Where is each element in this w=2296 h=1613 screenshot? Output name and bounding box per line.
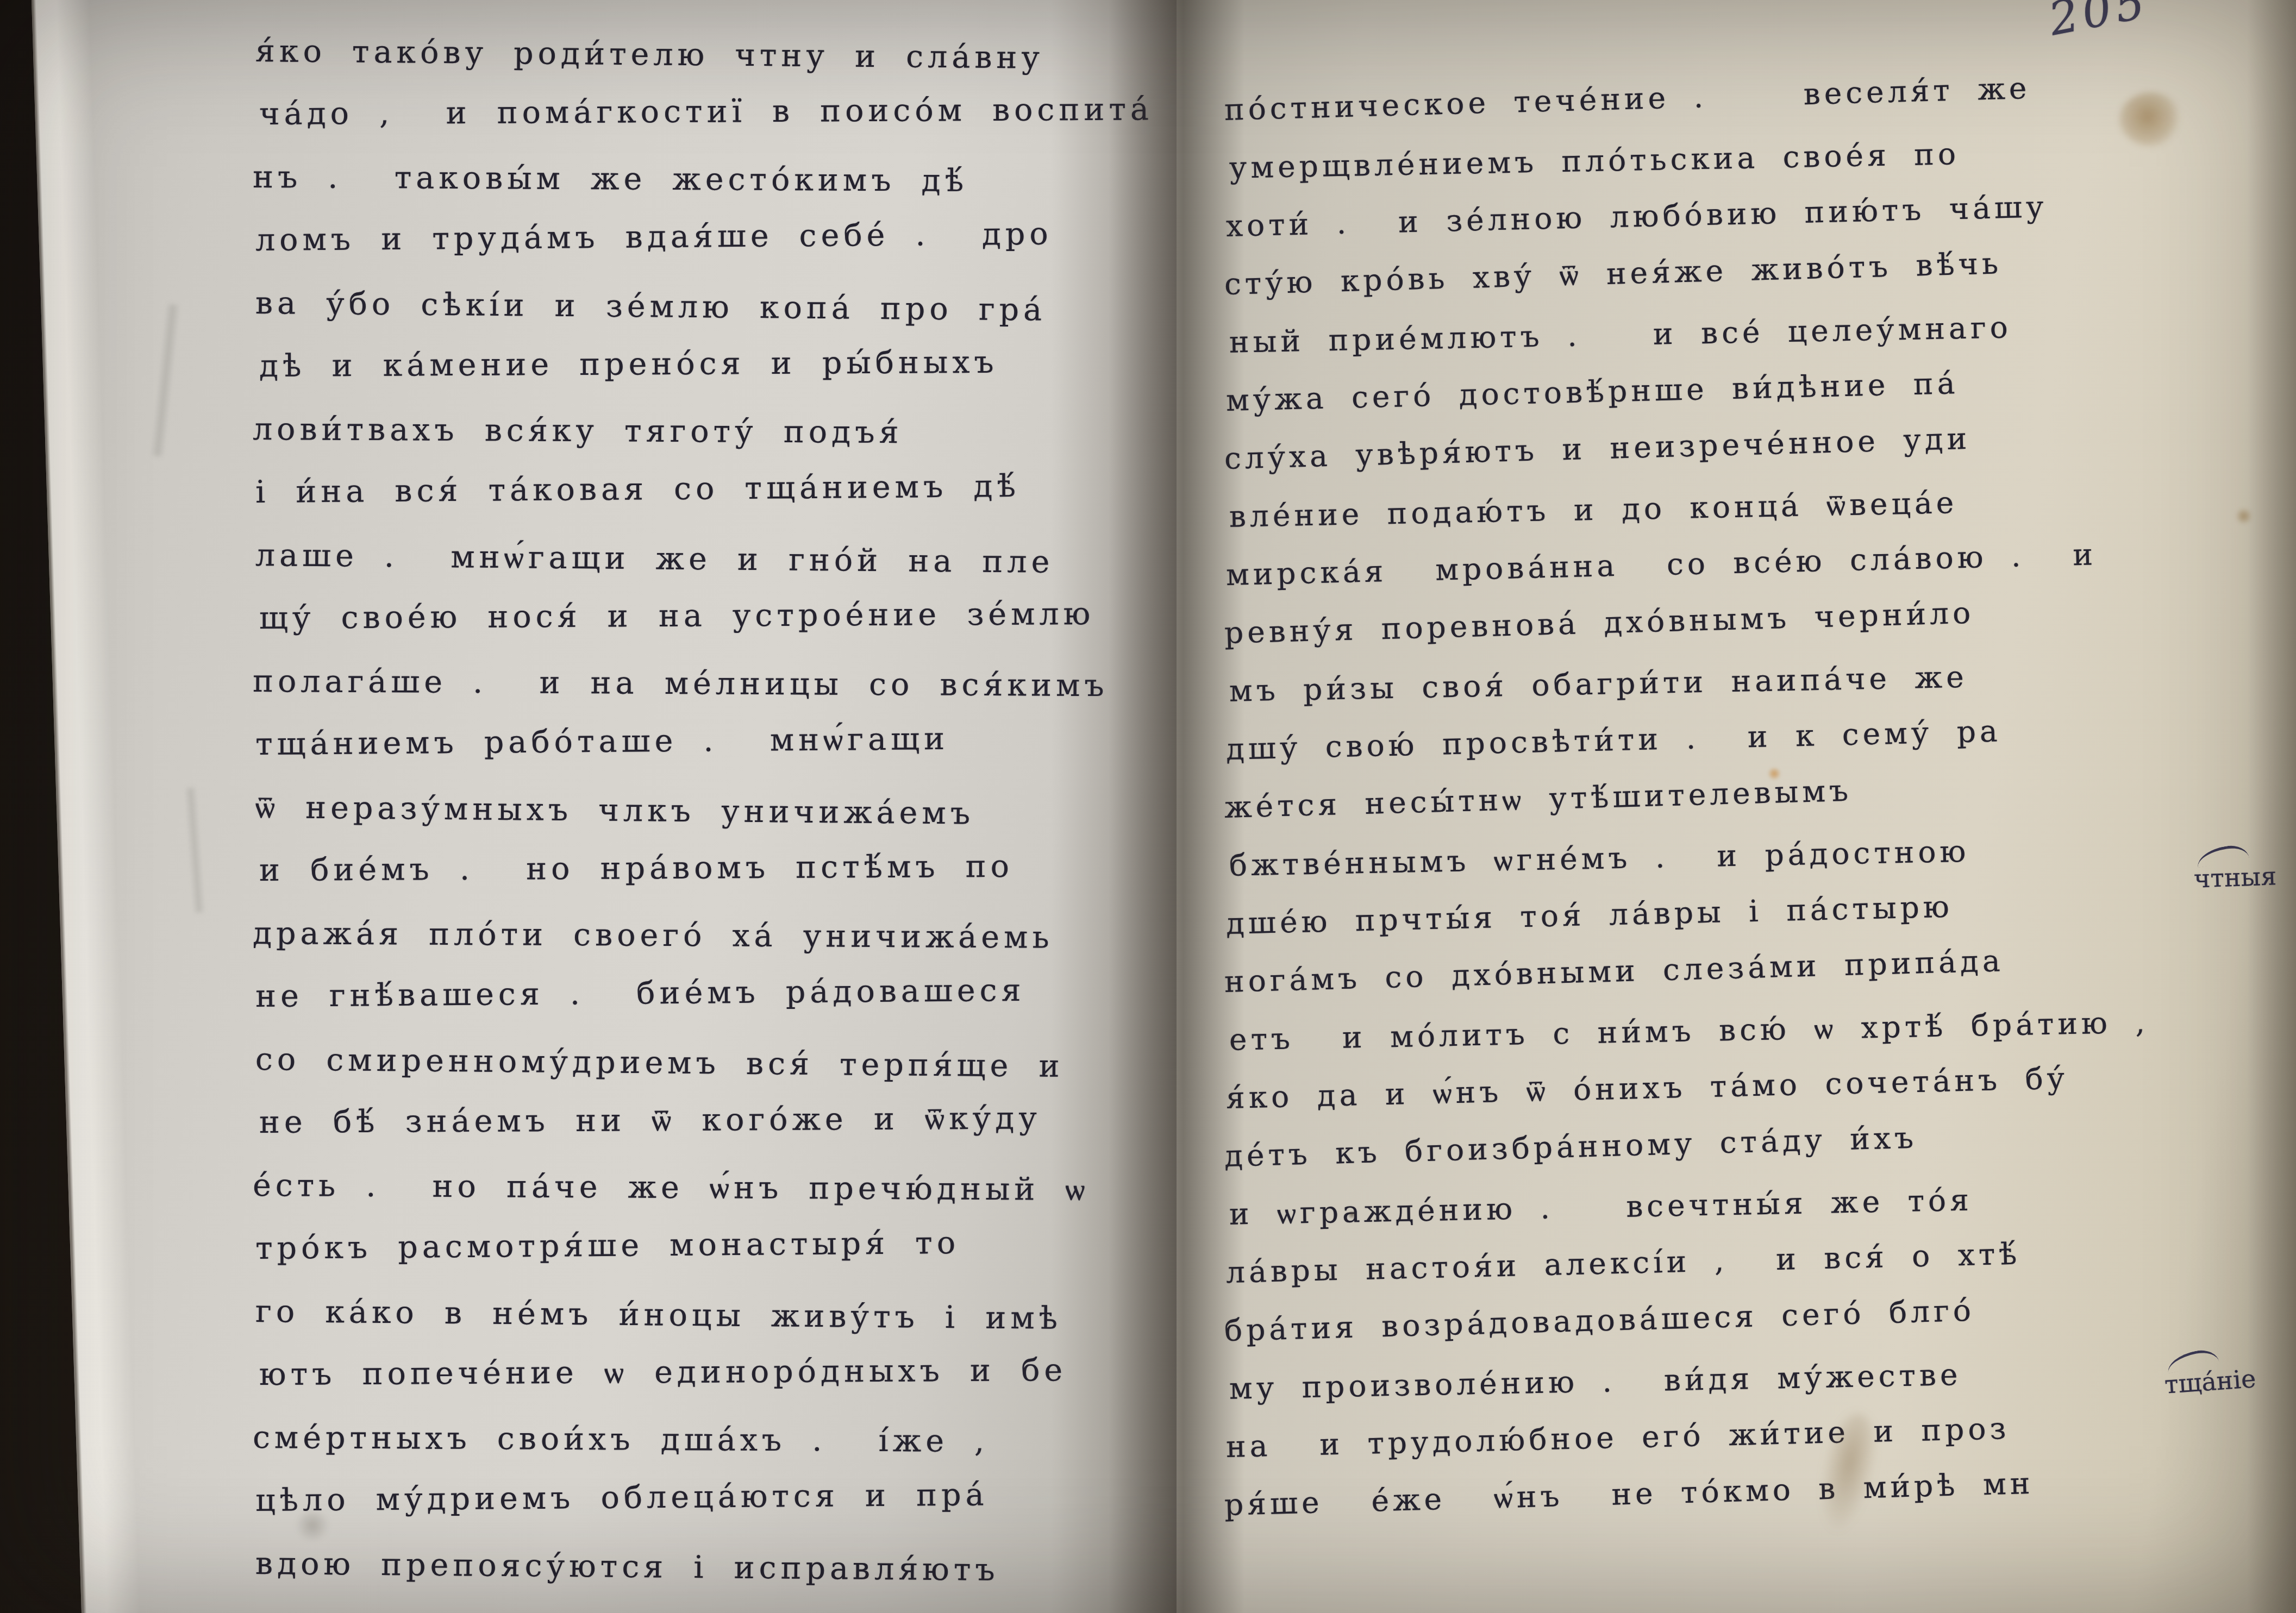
- manuscript-line: и бие́мъ . но нра́вомъ пстѣ́мъ по: [259, 834, 1140, 901]
- left-page: я́ко тако́ву роди́телю чтну и сла́внуча́…: [0, 0, 1177, 1613]
- manuscript-line: не гнѣ́вашеся . бие́мъ ра́довашеся: [255, 958, 1136, 1028]
- manuscript-line: ча́до , и пома́гкостиї в поисо́м воспита…: [259, 78, 1140, 145]
- manuscript-line: щу́ свое́ю нося́ и на устрое́ние зе́млю: [259, 582, 1140, 649]
- manuscript-line: ломъ и труда́мъ вдая́ше себе́ . дро: [255, 202, 1136, 272]
- left-page-text: я́ко тако́ву роди́телю чтну и сла́внуча́…: [255, 20, 1136, 1595]
- right-page: 205 по́стническое тече́ние . веселя́т же…: [1177, 0, 2296, 1613]
- manuscript-line: дѣ и ка́мение прено́ся и ры́бныхъ: [259, 330, 1140, 397]
- right-page-text: по́стническое тече́ние . веселя́т жеумер…: [1224, 80, 2137, 1534]
- manuscript-photo: я́ко тако́ву роди́телю чтну и сла́внуча́…: [0, 0, 2296, 1613]
- page-fore-edge: [29, 0, 140, 1613]
- marginal-note: чтныя: [2193, 861, 2277, 893]
- folio-number: 205: [2044, 0, 2153, 46]
- scuff-mark: [187, 788, 203, 913]
- manuscript-line: і и́на вся́ та́ковая со тща́ниемъ дѣ́: [255, 454, 1136, 524]
- manuscript-line: не бѣ́ зна́емъ ни ѿ кого́же и ѿку́ду: [259, 1086, 1140, 1153]
- manuscript-line: тща́ниемъ рабо́таше . мнѡ́гащи: [255, 706, 1136, 776]
- manuscript-line: тро́къ расмотря́ше монастыря́ то: [255, 1210, 1136, 1280]
- manuscript-line: ютъ попече́ние ѡ единоро́дныхъ и бе: [259, 1338, 1140, 1405]
- manuscript-line: цѣло му́дриемъ облеца́ются и пра́: [255, 1462, 1136, 1532]
- manuscript-line: вдою препоясу́ются і исправля́ютъ: [255, 1532, 1136, 1603]
- marginal-note: тща́ніе: [2163, 1364, 2257, 1399]
- scuff-mark: [153, 304, 177, 456]
